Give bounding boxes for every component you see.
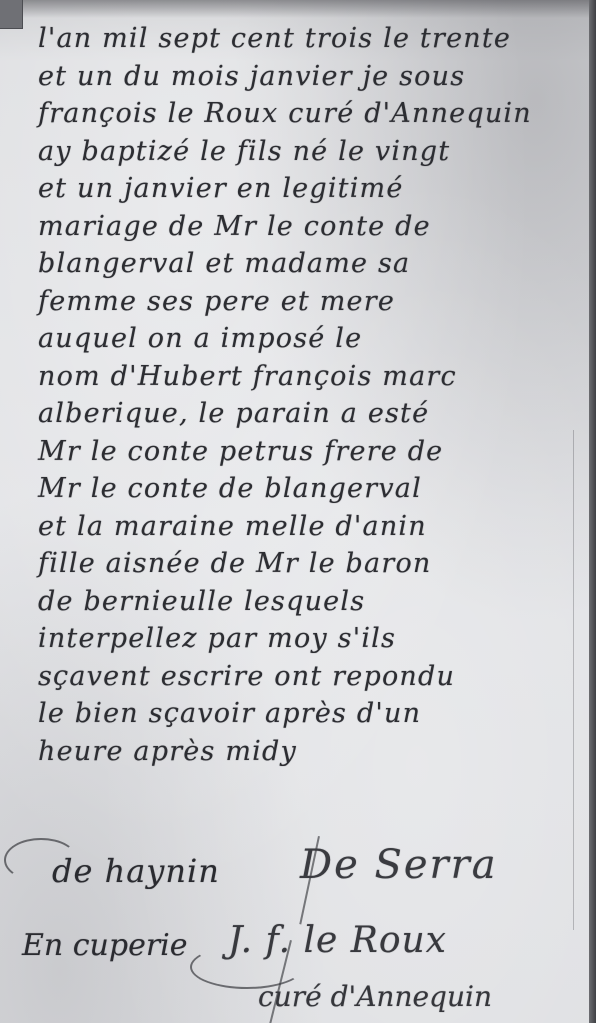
corner-mark [0,0,23,29]
body-line: Mr le conte petrus frere de [38,433,578,471]
body-line: Mr le conte de blangerval [38,470,578,508]
body-line: de bernieulle lesquels [38,583,578,621]
signature-cure-title: curé d'Annequin [258,980,492,1013]
body-line: auquel on a imposé le [38,320,578,358]
signature-block: de haynin De Serra En cuperie J. f. le R… [0,830,596,1023]
body-line: l'an mil sept cent trois le trente [38,20,578,58]
signature-de-haynin: de haynin [52,852,220,890]
signature-de-serra: De Serra [300,842,498,888]
body-line: et la maraine melle d'anin [38,508,578,546]
register-entry-body: l'an mil sept cent trois le trente et un… [38,20,578,770]
body-line: alberique, le parain a esté [38,395,578,433]
scan-top-shadow [0,0,596,18]
body-line: fille aisnée de Mr le baron [38,545,578,583]
body-line: femme ses pere et mere [38,283,578,321]
signature-le-roux: J. f. le Roux [228,920,447,961]
body-line: sçavent escrire ont repondu [38,658,578,696]
body-line: nom d'Hubert françois marc [38,358,578,396]
body-line: heure après midy [38,733,578,771]
body-line: françois le Roux curé d'Annequin [38,95,578,133]
body-line: et un du mois janvier je sous [38,58,578,96]
body-line: mariage de Mr le conte de [38,208,578,246]
body-line: le bien sçavoir après d'un [38,695,578,733]
body-line: blangerval et madame sa [38,245,578,283]
body-line: interpellez par moy s'ils [38,620,578,658]
body-line: et un janvier en legitimé [38,170,578,208]
scanned-document-page: l'an mil sept cent trois le trente et un… [0,0,596,1023]
body-line: ay baptizé le fils né le vingt [38,133,578,171]
signature-en-cuperie: En cuperie [22,928,188,963]
